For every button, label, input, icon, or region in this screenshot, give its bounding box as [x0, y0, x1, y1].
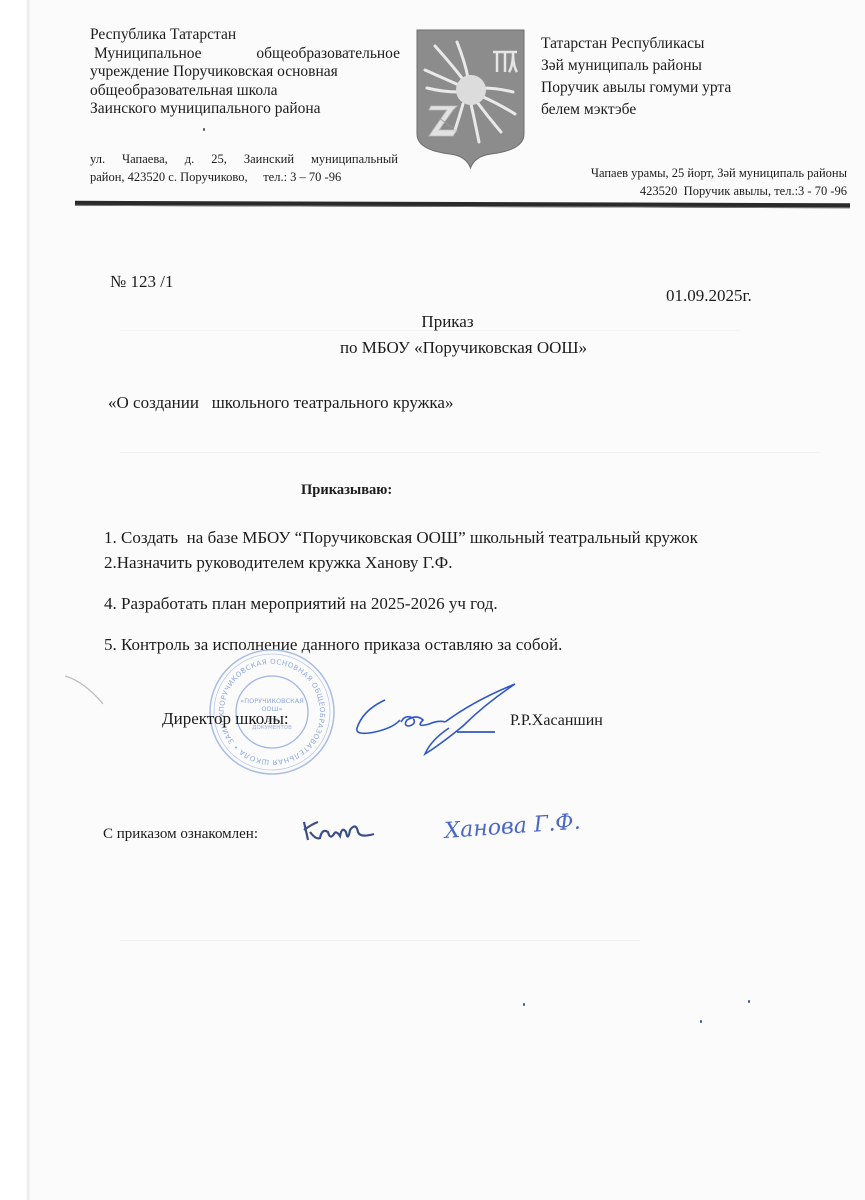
- header-left-line: Республика Татарстан: [90, 26, 400, 45]
- header-right-line: Зәй муниципаль районы: [541, 55, 841, 77]
- order-item: 4. Разработать план мероприятий на 2025-…: [104, 594, 498, 614]
- header-right-line: Татарстан Республикасы: [541, 33, 841, 55]
- order-date: 01.09.2025г.: [666, 286, 752, 306]
- director-signature-icon: [345, 680, 525, 760]
- bleed-through: [120, 940, 640, 941]
- header-right-address: Чапаев урамы, 25 йорт, Зәй муниципаль ра…: [500, 164, 847, 200]
- header-right-line: Поручик авылы гомуми урта: [541, 77, 841, 99]
- coat-of-arms-icon: [413, 26, 528, 176]
- scan-speck: [700, 1020, 702, 1023]
- director-name: Р.Р.Хасаншин: [510, 712, 603, 730]
- header-right-line: белем мэктэбе: [541, 99, 841, 121]
- order-item: 2.Назначить руководителем кружка Ханову …: [104, 553, 453, 573]
- svg-text:«ПОРУЧИКОВСКАЯ: «ПОРУЧИКОВСКАЯ: [240, 697, 304, 705]
- svg-text:Ханова Г.Ф.: Ханова Г.Ф.: [442, 810, 582, 842]
- address-line: район, 423520 с. Поручиково, тел.: 3 – 7…: [90, 168, 398, 186]
- acknowledgement-signature-icon: [300, 812, 380, 848]
- address-line: Чапаев урамы, 25 йорт, Зәй муниципаль ра…: [500, 164, 847, 182]
- header-right-org: Татарстан Республикасы Зәй муниципаль ра…: [541, 33, 841, 121]
- header-left-line: общеобразовательная школа: [90, 82, 400, 101]
- header-left-line: учреждение Поручиковская основная: [90, 63, 400, 82]
- scan-edge: [0, 0, 30, 1200]
- scan-speck: [203, 128, 205, 131]
- acknowledgement-label: С приказом ознакомлен:: [103, 826, 258, 843]
- order-subject: «О создании школьного театрального кружк…: [108, 393, 453, 413]
- acknowledgement-handwritten-name: Ханова Г.Ф.: [440, 798, 630, 842]
- header-left-line: Муниципальное общеобразовательное: [90, 45, 400, 64]
- order-title: Приказ: [0, 312, 865, 332]
- address-line: 423520 Поручик авылы, тел.:3 - 70 -96: [500, 182, 847, 200]
- scan-speck: [523, 1003, 525, 1006]
- header-left-line: Заинского муниципального района: [90, 100, 400, 119]
- order-item: 1. Создать на базе МБОУ “Поручиковская О…: [104, 528, 698, 548]
- bleed-through: [120, 452, 820, 453]
- header-left-org: Республика Татарстан Муниципальное общео…: [90, 26, 400, 119]
- order-issuer: по МБОУ «Поручиковская ООШ»: [0, 338, 865, 358]
- address-line: ул. Чапаева, д. 25, Заинский муниципальн…: [90, 150, 398, 168]
- order-directive-heading: Приказываю:: [301, 482, 392, 499]
- order-number: № 123 /1: [110, 272, 173, 292]
- director-label: Директор школы:: [162, 709, 289, 729]
- stray-pencil-mark: [63, 672, 108, 708]
- header-left-address: ул. Чапаева, д. 25, Заинский муниципальн…: [90, 150, 398, 186]
- scan-speck: [748, 1000, 750, 1003]
